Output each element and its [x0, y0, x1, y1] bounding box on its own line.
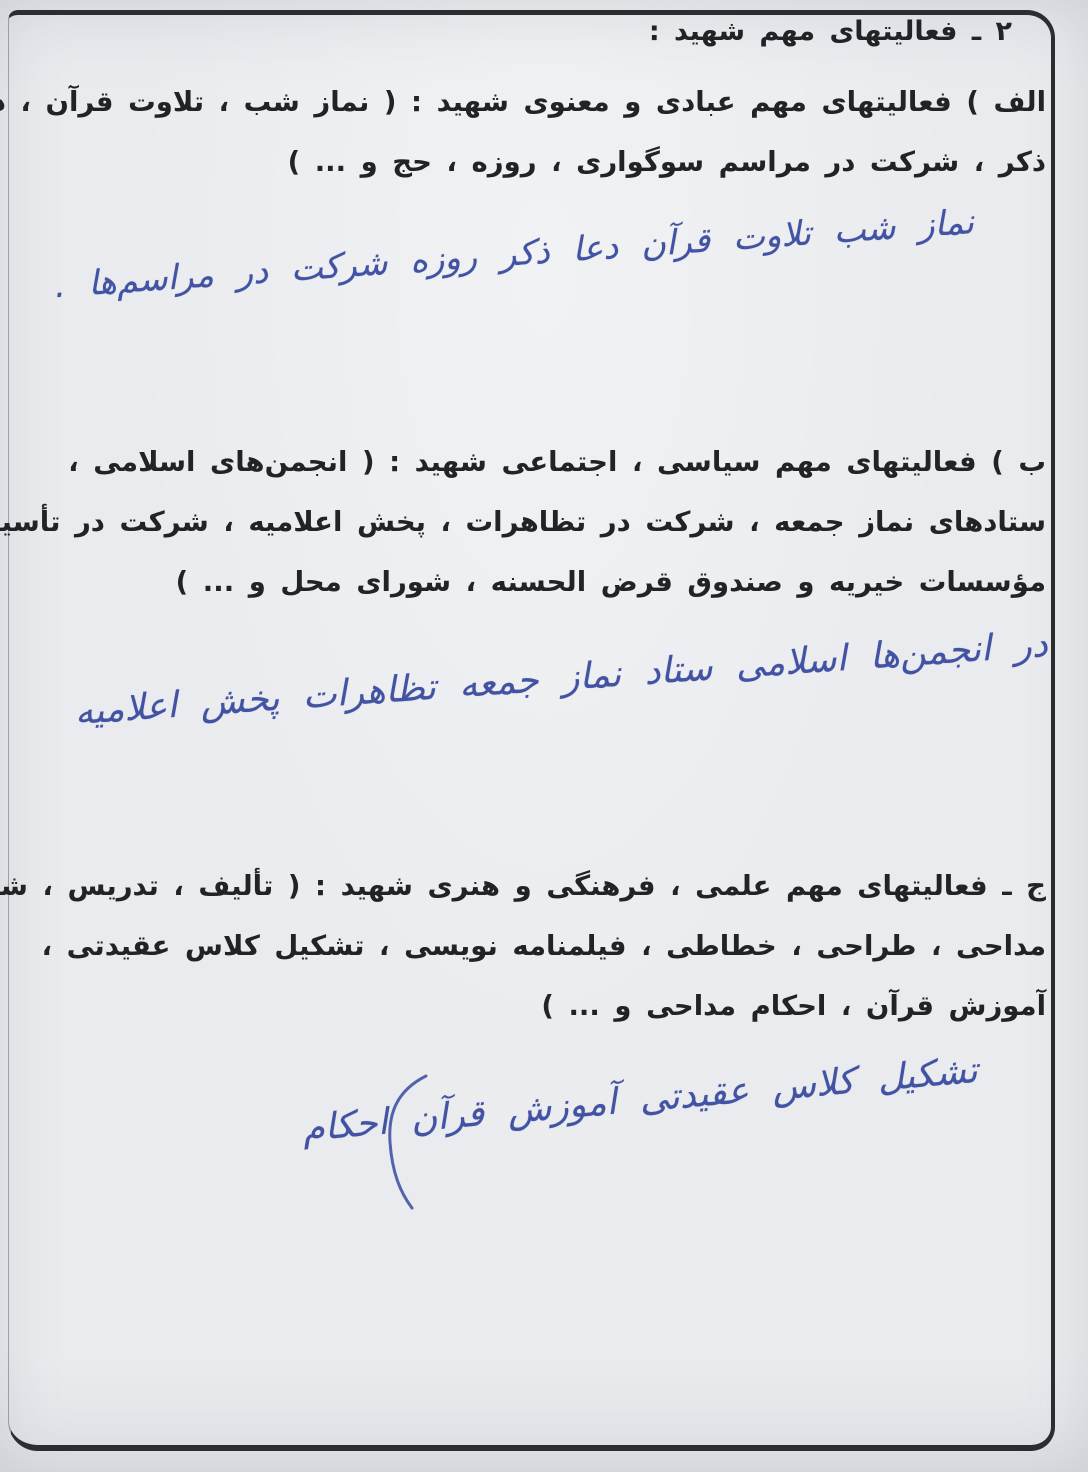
printed-line: مؤسسات خیریه و صندوق قرض الحسنه ، شورای …: [40, 552, 1046, 612]
section-jim-printed: ج ـ فعالیتهای مهم علمی ، فرهنگی و هنری ش…: [40, 856, 1046, 1036]
document-heading: ۲ ـ فعالیتهای مهم شهید :: [649, 16, 1012, 47]
handwritten-answer-alef: نماز شب تلاوت قرآن دعا ذکر روزه شرکت در …: [53, 202, 975, 306]
section-be-printed: ب ) فعالیتهای مهم سیاسی ، اجتماعی شهید :…: [40, 432, 1046, 612]
printed-line: آموزش قرآن ، احکام مداحی و ... ): [40, 976, 1046, 1036]
handwriting-flourish-stroke: [378, 1072, 438, 1212]
section-alef-printed: الف ) فعالیتهای مهم عبادی و معنوی شهید :…: [40, 72, 1046, 192]
printed-line: مداحی ، طراحی ، خطاطی ، فیلمنامه نویسی ،…: [40, 916, 1046, 976]
printed-line: الف ) فعالیتهای مهم عبادی و معنوی شهید :…: [40, 72, 1046, 132]
printed-line: ذکر ، شرکت در مراسم سوگواری ، روزه ، حج …: [40, 132, 1046, 192]
handwritten-answer-be: در انجمن‌ها اسلامی ستاد نماز جمعه تظاهرا…: [73, 624, 1049, 733]
printed-line: ج ـ فعالیتهای مهم علمی ، فرهنگی و هنری ش…: [40, 856, 1046, 916]
scanned-document-page: ۲ ـ فعالیتهای مهم شهید : الف ) فعالیتهای…: [0, 0, 1088, 1472]
printed-line: ب ) فعالیتهای مهم سیاسی ، اجتماعی شهید :…: [40, 432, 1046, 492]
printed-line: ستادهای نماز جمعه ، شرکت در تظاهرات ، پخ…: [40, 492, 1046, 552]
